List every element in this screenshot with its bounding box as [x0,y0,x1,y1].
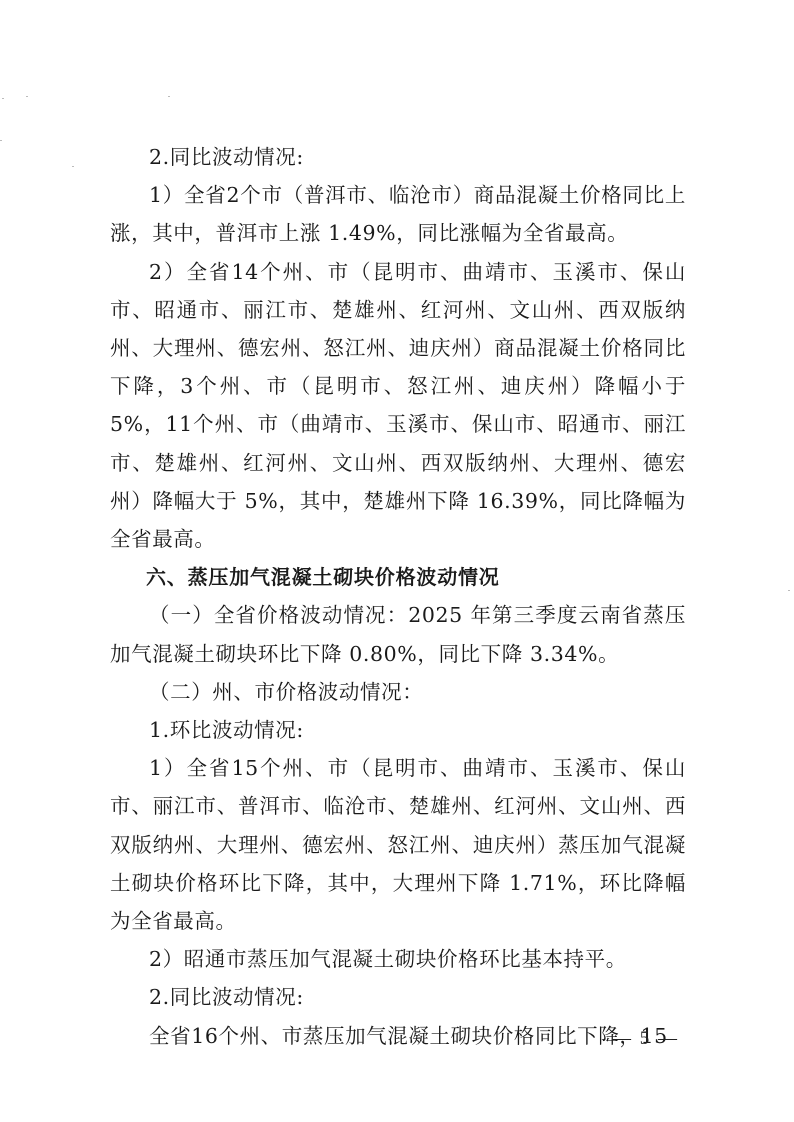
subheading-mom-fluctuation: 1.环比波动情况: [110,711,686,749]
paragraph-province-fluctuation: （一）全省价格波动情况：2025 年第三季度云南省蒸压加气混凝土砌块环比下降 0… [110,596,686,672]
scan-speck [0,140,2,141]
scan-speck [26,96,28,97]
scan-speck [72,166,74,167]
section-heading-aerated-block: 六、蒸压加气混凝土砌块价格波动情况 [110,558,686,596]
paragraph-block-mom-decrease: 1）全省15个州、市（昆明市、曲靖市、玉溪市、保山市、丽江市、普洱市、临沧市、楚… [110,749,686,940]
page-number: — 5 — [612,1028,679,1050]
paragraph-block-yoy-decrease: 全省16个州、市蒸压加气混凝土砌块价格同比下降，15 [110,1017,686,1055]
paragraph-concrete-yoy-decrease: 2）全省14个州、市（昆明市、曲靖市、玉溪市、保山市、昭通市、丽江市、楚雄州、红… [110,253,686,559]
subheading-yoy-fluctuation-block: 2.同比波动情况: [110,978,686,1016]
scan-speck [788,590,790,591]
document-page: 2.同比波动情况: 1）全省2个市（普洱市、临沧市）商品混凝土价格同比上涨，其中… [110,138,686,1055]
paragraph-prefecture-fluctuation-title: （二）州、市价格波动情况： [110,673,686,711]
paragraph-concrete-yoy-increase: 1）全省2个市（普洱市、临沧市）商品混凝土价格同比上涨，其中，普洱市上涨 1.4… [110,176,686,252]
scan-speck [168,96,170,97]
subheading-yoy-fluctuation-concrete: 2.同比波动情况: [110,138,686,176]
paragraph-zhaotong-flat: 2）昭通市蒸压加气混凝土砌块价格环比基本持平。 [110,940,686,978]
scan-speck [2,98,4,99]
